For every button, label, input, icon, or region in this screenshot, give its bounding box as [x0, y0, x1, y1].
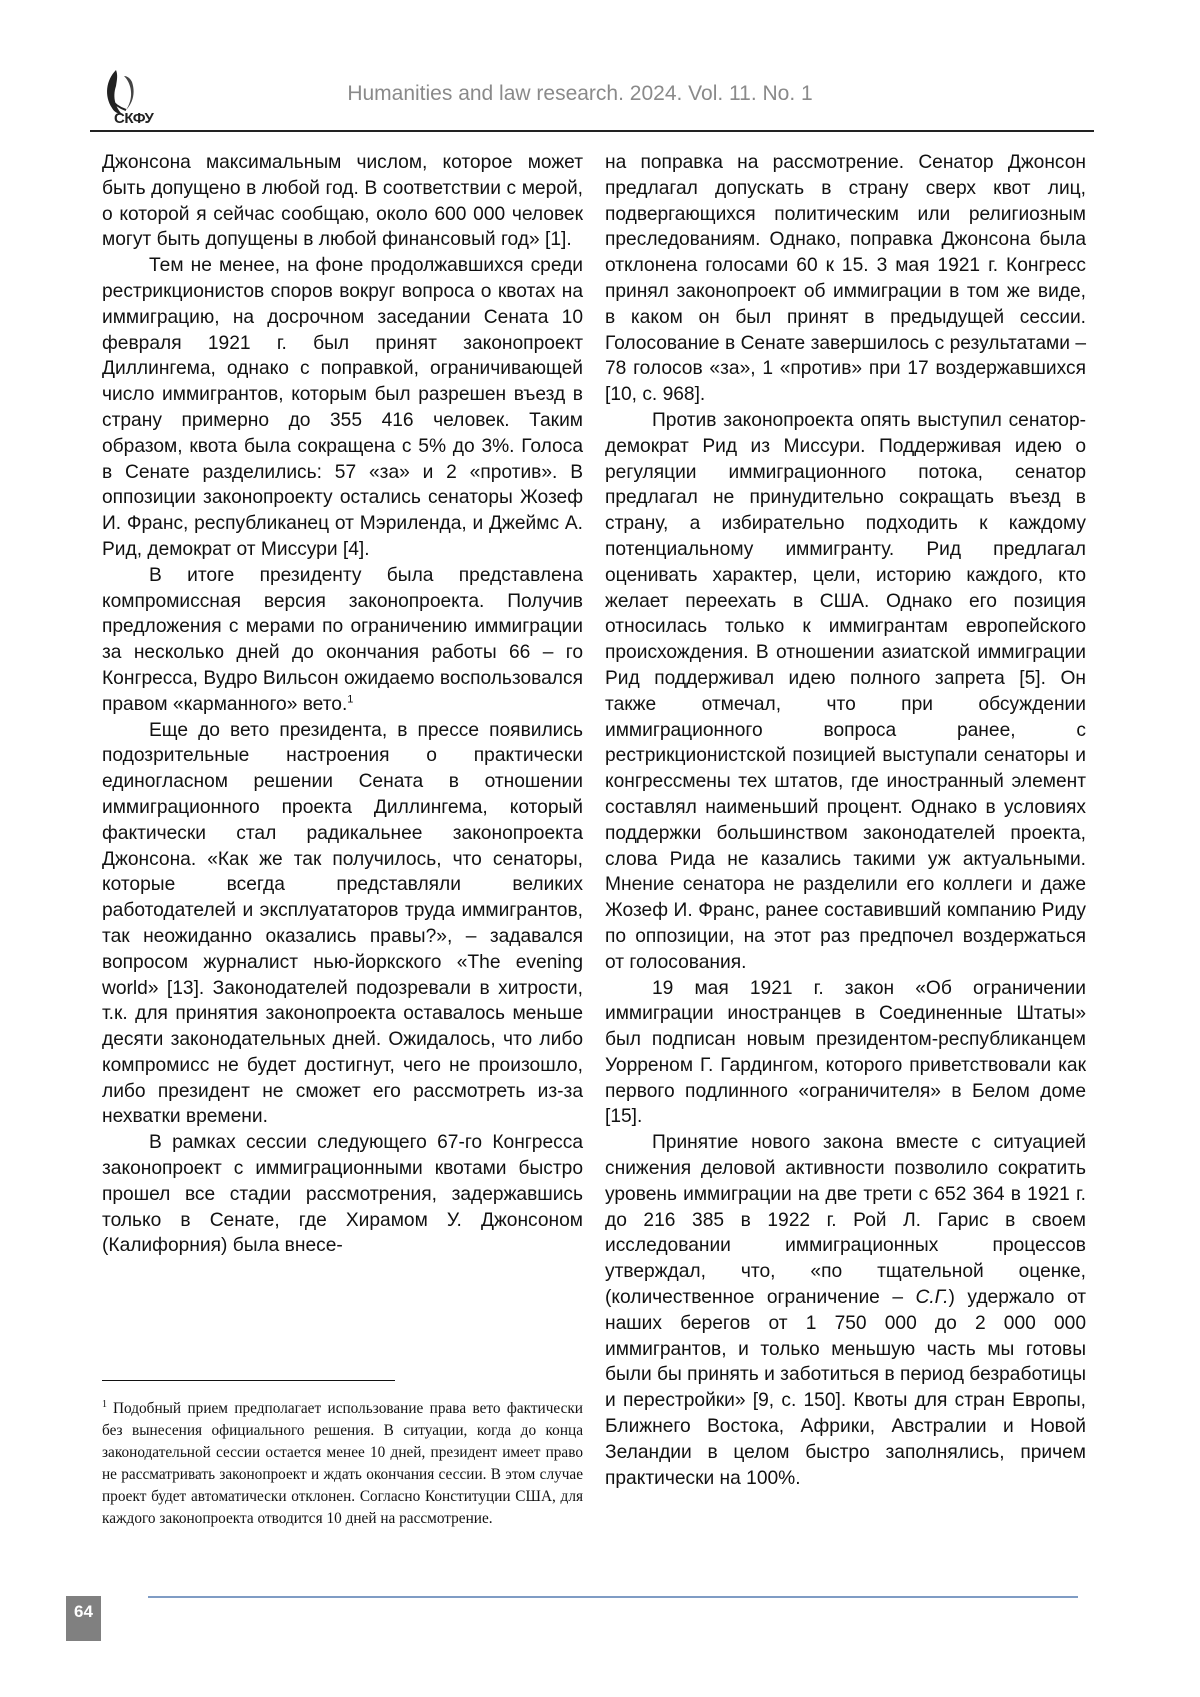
university-logo: СКФУ: [96, 68, 186, 130]
footnote-reference[interactable]: 1: [347, 693, 353, 705]
paragraph: Против законопроекта опять выступил сена…: [605, 408, 1086, 976]
paragraph: В итоге президенту была представлена ком…: [102, 563, 583, 718]
logo-text: СКФУ: [114, 110, 153, 127]
footnote-text: Подобный прием предполагает использовани…: [102, 1400, 583, 1527]
paragraph-text: Принятие нового закона вместе с ситуацие…: [605, 1132, 1086, 1308]
footnote-divider: [102, 1380, 395, 1381]
left-text-column: Джонсона максимальным числом, которое мо…: [102, 150, 583, 1259]
footnote-marker: 1: [102, 1399, 107, 1410]
paragraph-text: ) удержало от наших берегов от 1 750 000…: [605, 1287, 1086, 1489]
author-initials: С.Г.: [915, 1287, 948, 1308]
paragraph: на поправка на рассмотрение. Сенатор Джо…: [605, 150, 1086, 408]
page-number: 64: [66, 1602, 101, 1622]
paragraph: Принятие нового закона вместе с ситуацие…: [605, 1130, 1086, 1491]
paragraph: Джонсона максимальным числом, которое мо…: [102, 150, 583, 253]
footnote: 1Подобный прием предполагает использован…: [102, 1398, 583, 1530]
right-text-column: на поправка на рассмотрение. Сенатор Джо…: [605, 150, 1086, 1491]
footer-divider: [148, 1596, 1078, 1598]
journal-page: СКФУ Humanities and law research. 2024. …: [0, 0, 1200, 1697]
paragraph-text: В итоге президенту была представлена ком…: [102, 565, 583, 715]
header-divider: [90, 130, 1094, 132]
paragraph: Еще до вето президента, в прессе появили…: [102, 718, 583, 1131]
paragraph: Тем не менее, на фоне продолжавшихся сре…: [102, 253, 583, 563]
paragraph: В рамках сессии следующего 67-го Конгрес…: [102, 1130, 583, 1259]
journal-running-header: Humanities and law research. 2024. Vol. …: [200, 82, 960, 106]
paragraph: 19 мая 1921 г. закон «Об ограничении имм…: [605, 976, 1086, 1131]
